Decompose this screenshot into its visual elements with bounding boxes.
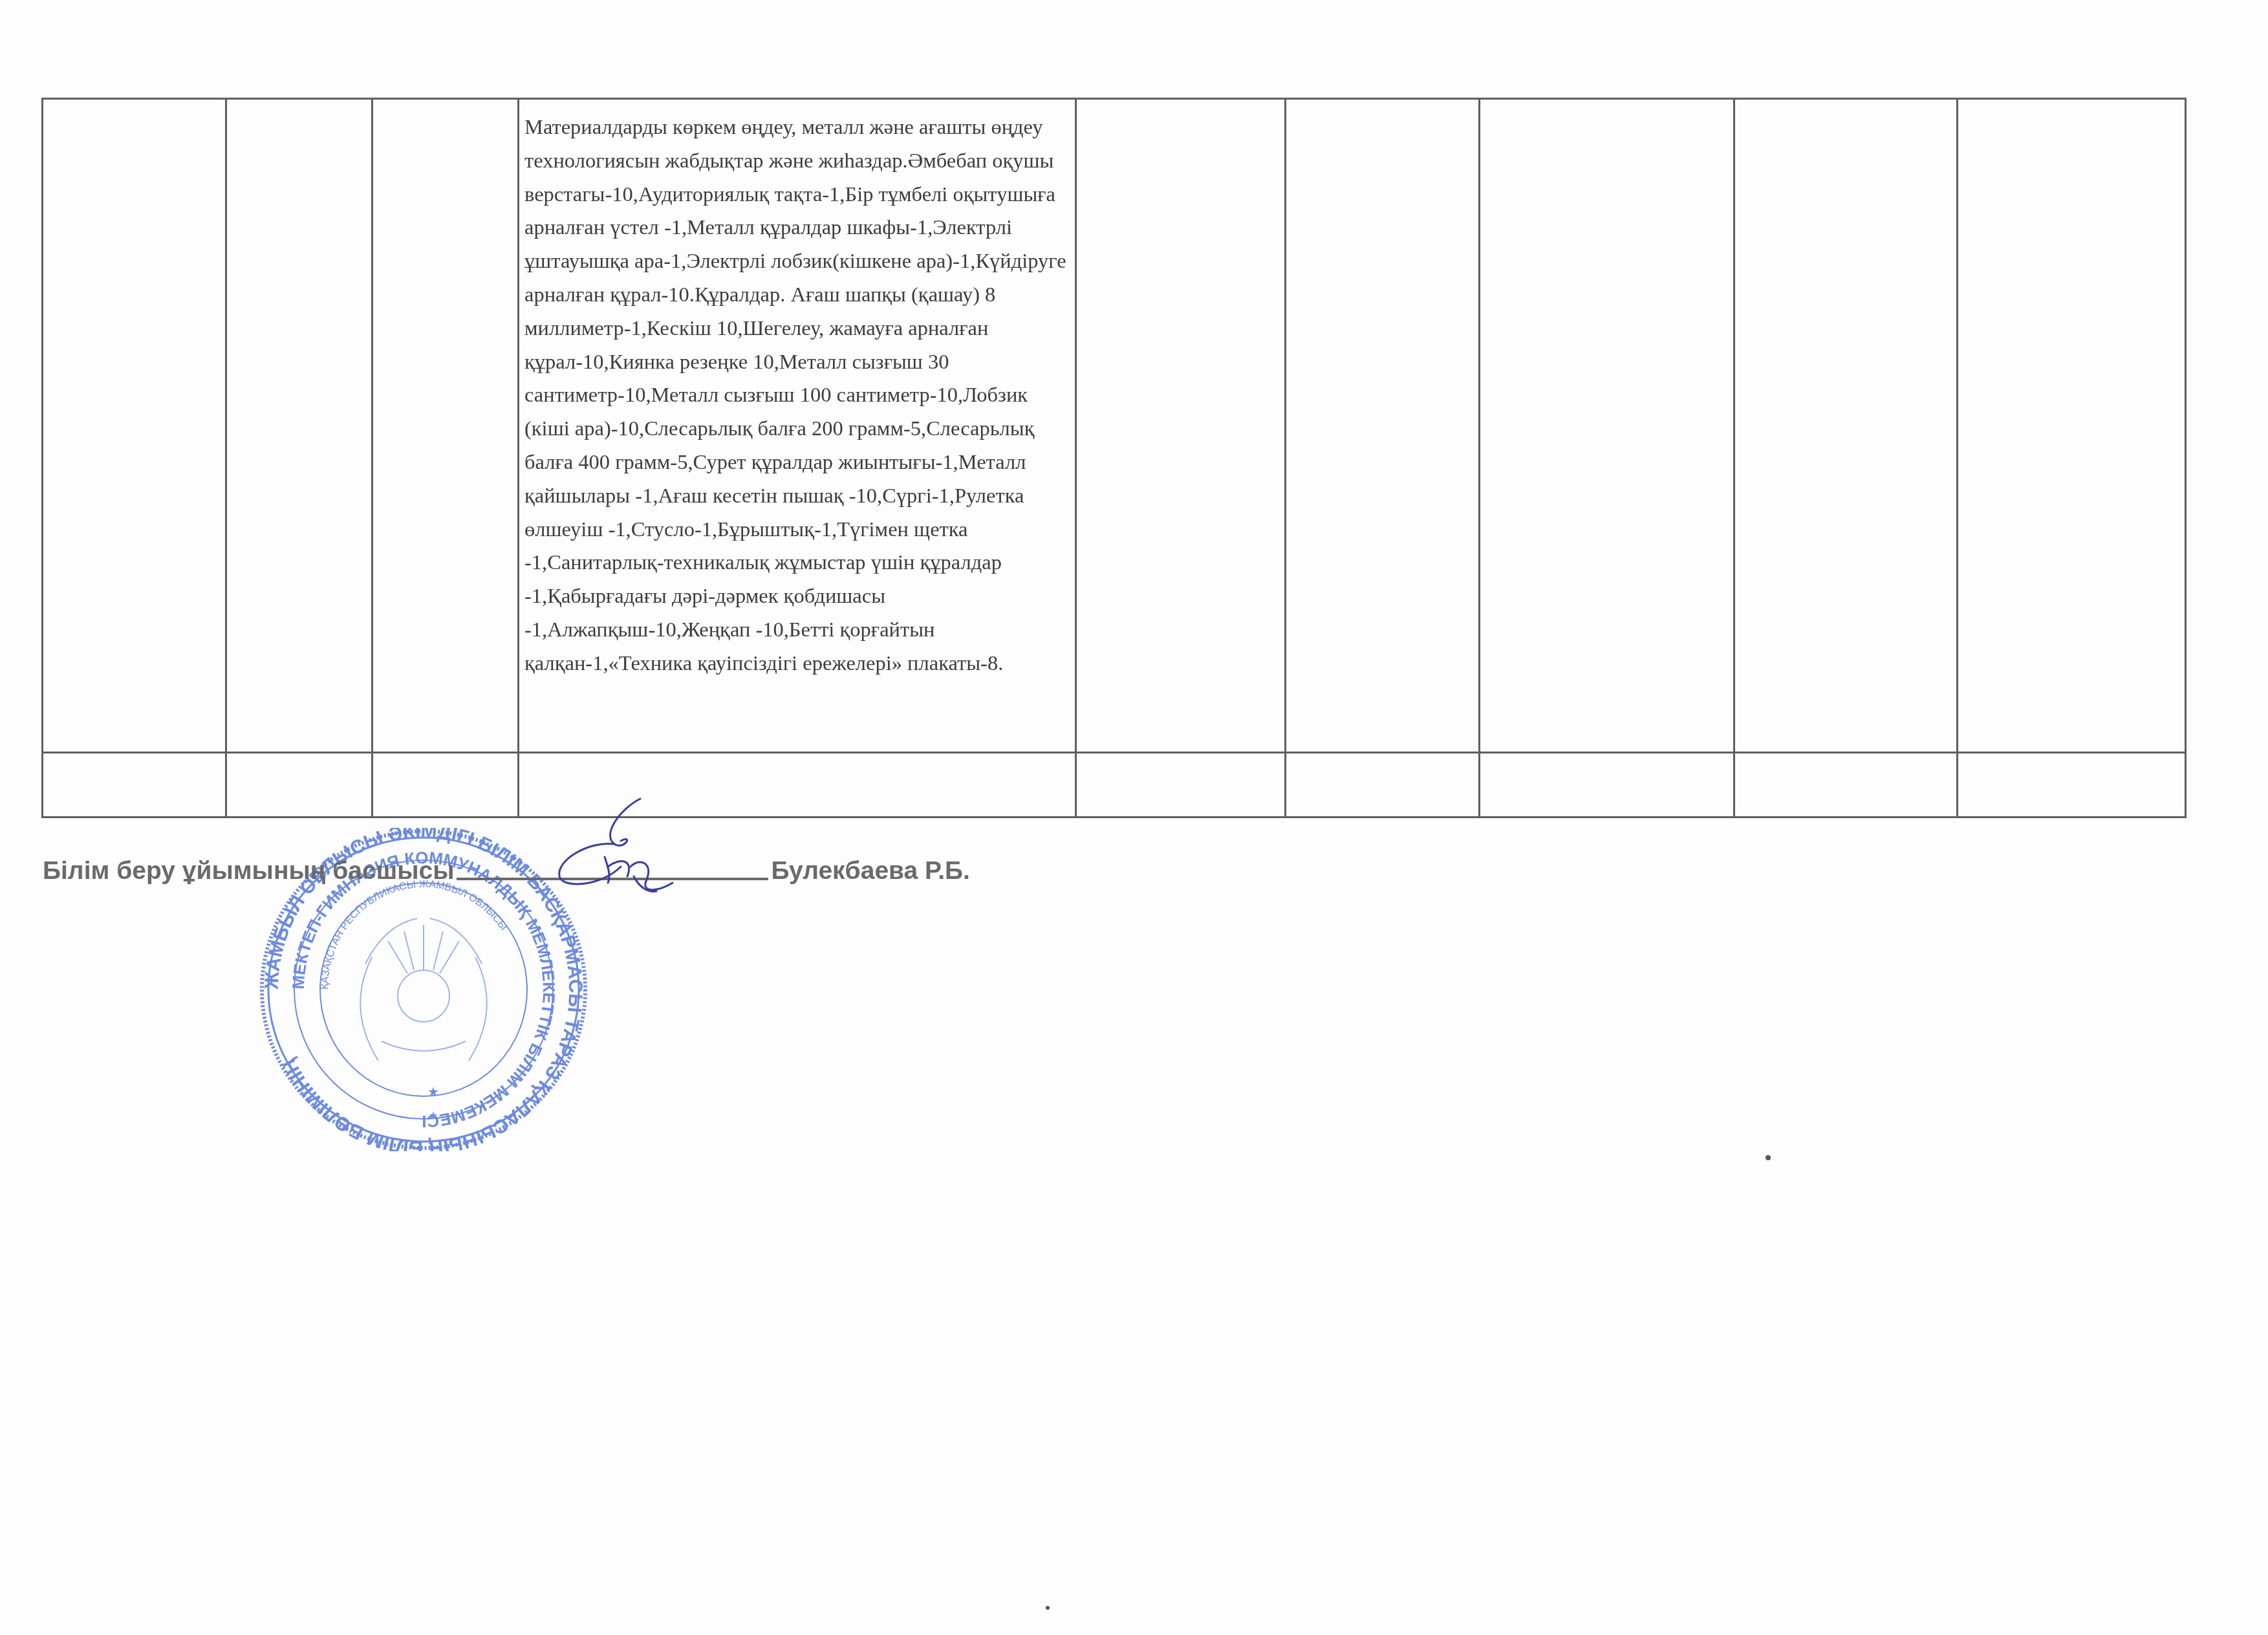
table-cell — [373, 99, 519, 753]
table-row — [43, 753, 2186, 817]
table-cell — [43, 753, 226, 817]
table-cell — [1734, 99, 1958, 753]
table-cell — [1480, 99, 1734, 753]
scan-speck — [1046, 1606, 1050, 1610]
scan-speck — [1766, 1155, 1771, 1160]
table-cell — [1958, 99, 2186, 753]
table-cell — [1076, 99, 1286, 753]
svg-text:★: ★ — [429, 1110, 438, 1121]
handwritten-signature-icon — [543, 796, 692, 899]
table-cell — [43, 99, 226, 753]
table-cell — [1286, 99, 1480, 753]
table-cell — [1076, 753, 1286, 817]
equipment-table: Материалдарды көркем өңдеу, металл және … — [41, 98, 2187, 818]
equipment-description-cell: Материалдарды көркем өңдеу, металл және … — [519, 99, 1076, 753]
table-cell — [1286, 753, 1480, 817]
table-row: Материалдарды көркем өңдеу, металл және … — [43, 99, 2186, 753]
table-cell — [1480, 753, 1734, 817]
table-cell — [1958, 753, 2186, 817]
table-cell — [226, 753, 373, 817]
table-cell — [226, 99, 373, 753]
equipment-description-text: Материалдарды көркем өңдеу, металл және … — [519, 100, 1075, 681]
signatory-name: Булекбаева Р.Б. — [771, 857, 970, 885]
signature-block: Білім беру ұйымының басшысы Булекбаева Р… — [43, 857, 970, 885]
table-cell — [373, 753, 519, 817]
table-cell — [1734, 753, 1958, 817]
signatory-title: Білім беру ұйымының басшысы — [43, 857, 454, 885]
svg-text:★: ★ — [427, 1085, 439, 1099]
